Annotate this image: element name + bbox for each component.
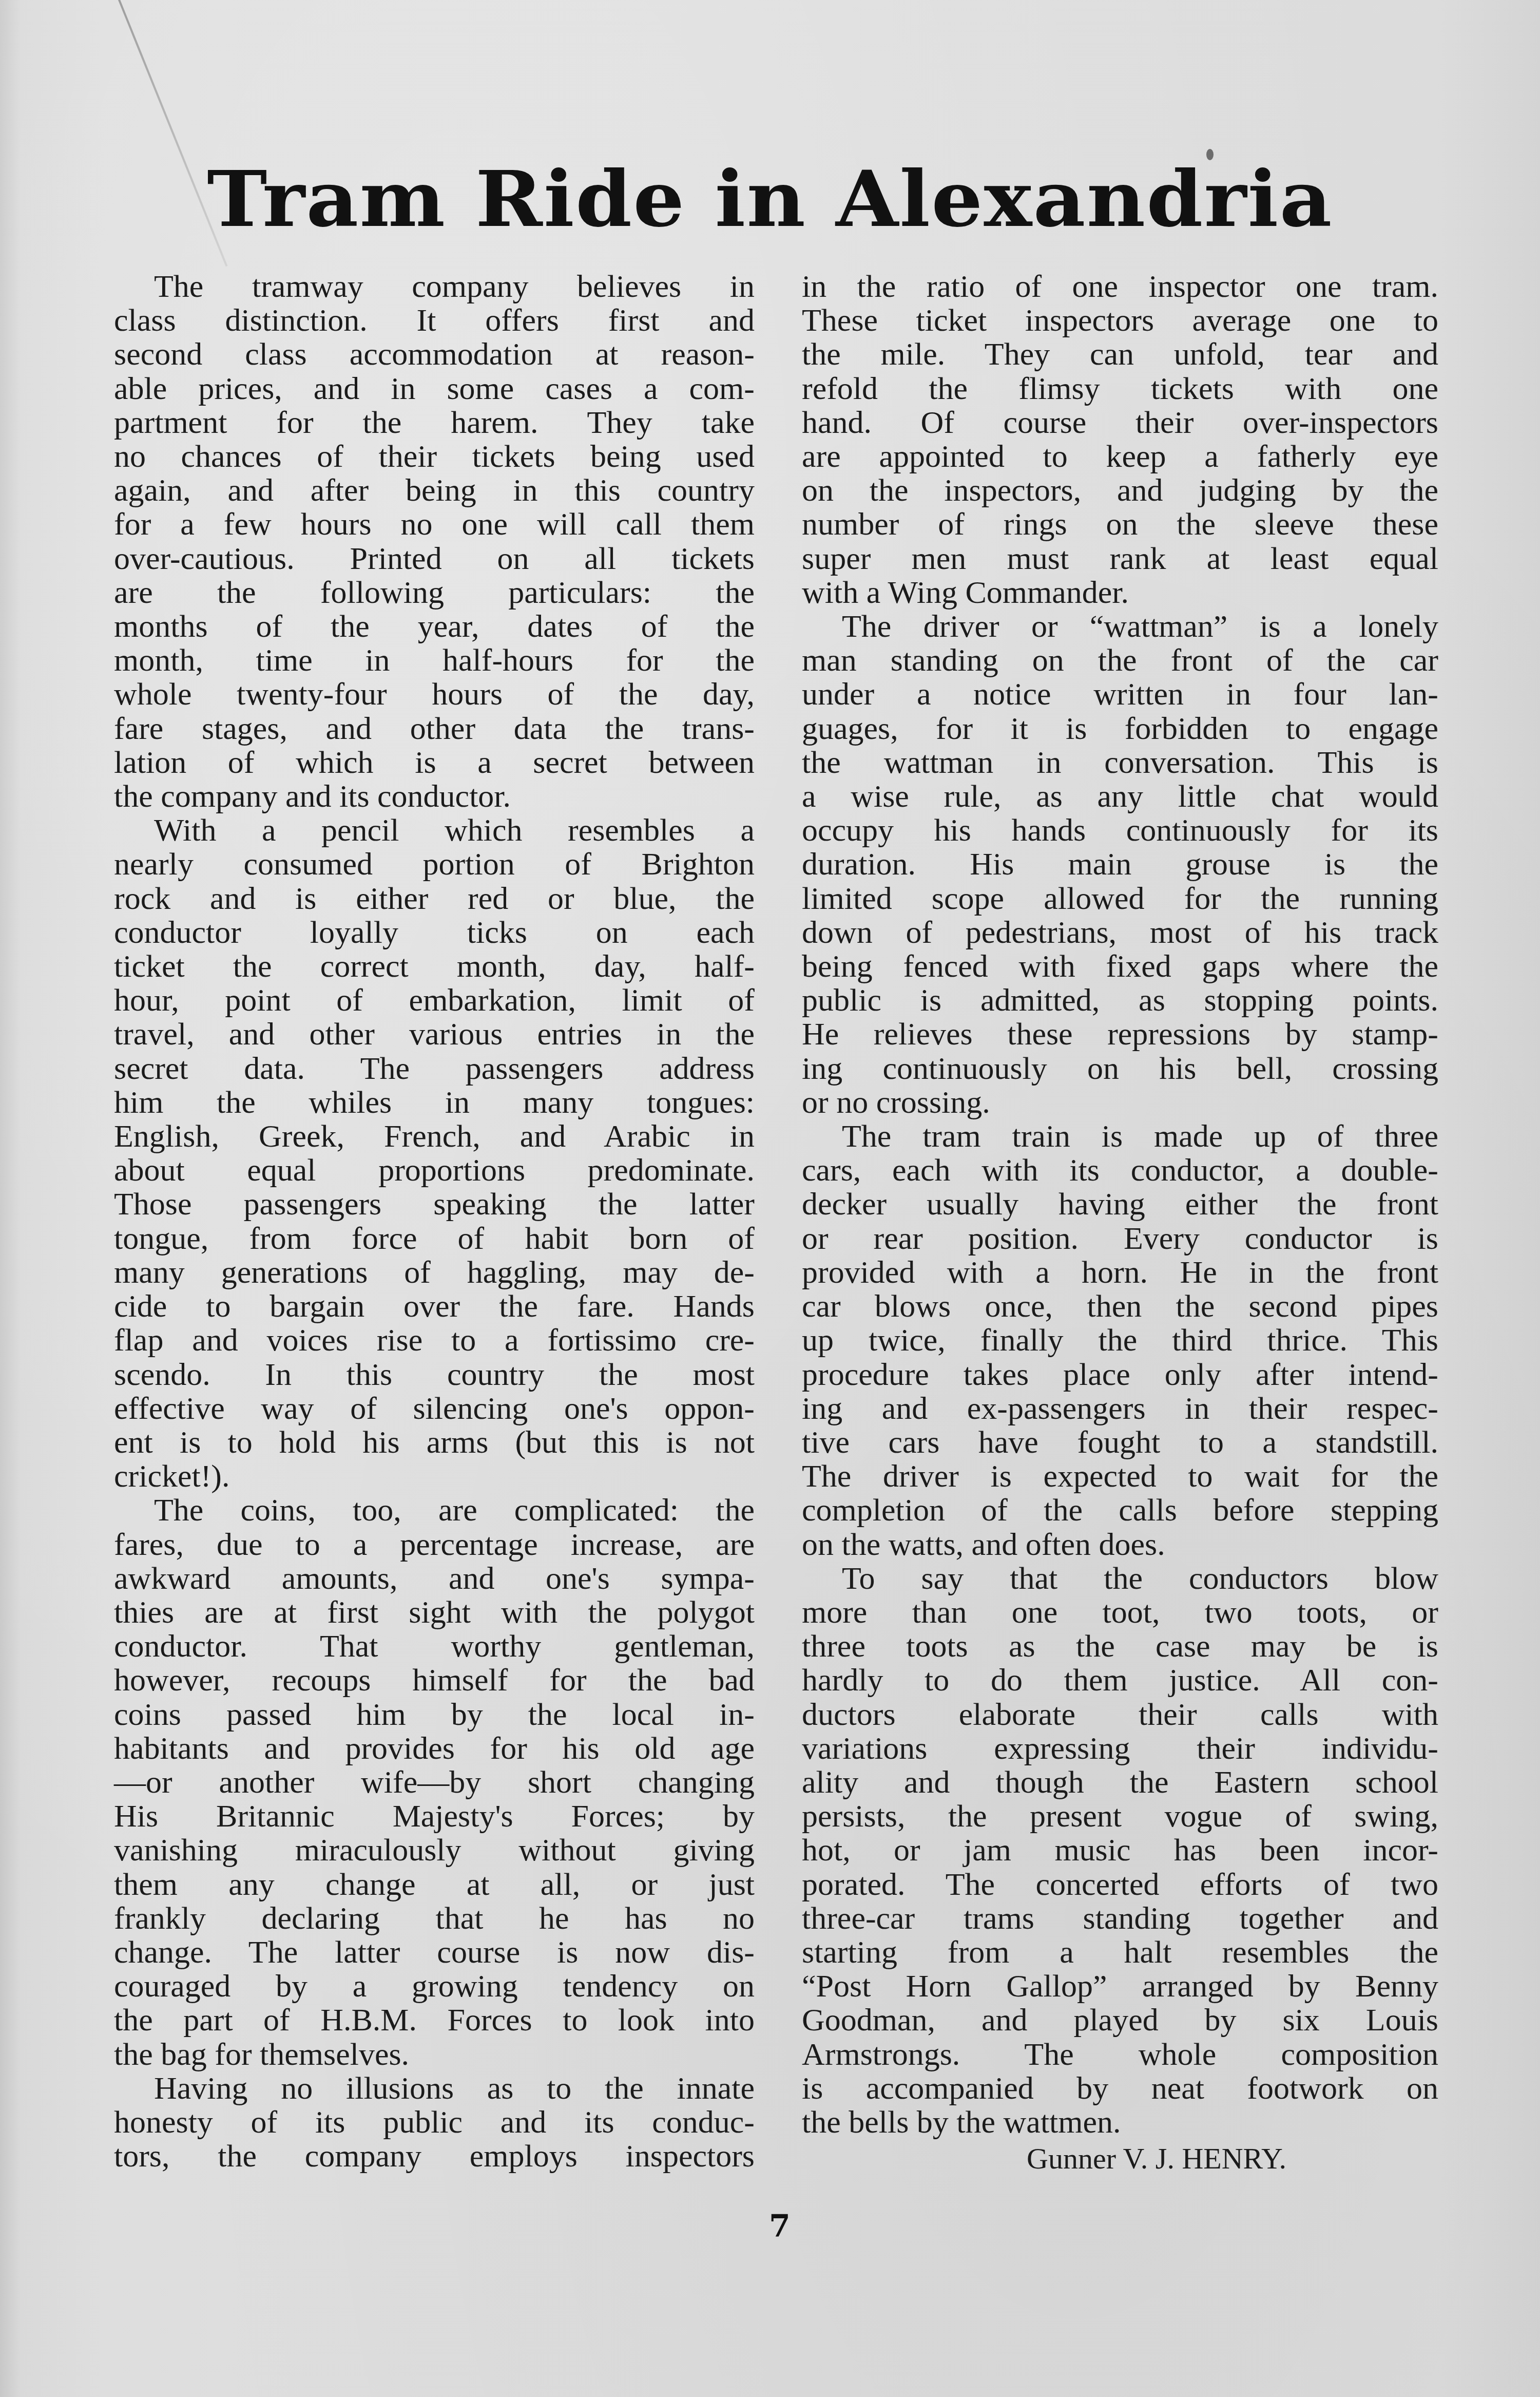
text-line: ing and ex-passengers in their respec- — [802, 1392, 1438, 1425]
text-line: many generations of haggling, may de- — [114, 1255, 755, 1289]
text-line: The tram train is made up of three — [802, 1119, 1438, 1153]
text-line: over-cautious. Printed on all tickets — [114, 542, 755, 576]
text-line: them any change at all, or just — [114, 1868, 755, 1901]
text-line: His Britannic Majesty's Forces; by — [114, 1799, 755, 1833]
text-line: about equal proportions predominate. — [114, 1153, 755, 1187]
text-line: partment for the harem. They take — [114, 406, 755, 440]
text-line: travel, and other various entries in the — [114, 1017, 755, 1051]
text-line: change. The latter course is now dis- — [114, 1935, 755, 1969]
text-line: He relieves these repressions by stamp- — [802, 1017, 1438, 1051]
text-line: the bag for themselves. — [114, 2038, 755, 2071]
text-line: frankly declaring that he has no — [114, 1901, 755, 1935]
text-line: the bells by the wattmen. — [802, 2105, 1438, 2139]
text-line: coins passed him by the local in- — [114, 1698, 755, 1732]
text-line: the part of H.B.M. Forces to look into — [114, 2003, 755, 2037]
text-line: occupy his hands continuously for its — [802, 813, 1438, 847]
text-line: fares, due to a percentage increase, are — [114, 1528, 755, 1562]
text-line: Goodman, and played by six Louis — [802, 2003, 1438, 2037]
text-line: on the watts, and often does. — [802, 1528, 1438, 1562]
text-line: —or another wife—by short changing — [114, 1765, 755, 1799]
text-line: rock and is either red or blue, the — [114, 882, 755, 916]
text-line: “Post Horn Gallop” arranged by Benny — [802, 1969, 1438, 2003]
text-line: hour, point of embarkation, limit of — [114, 983, 755, 1017]
text-line: again, and after being in this country — [114, 473, 755, 507]
text-line: ductors elaborate their calls with — [802, 1698, 1438, 1732]
text-line: scendo. In this country the most — [114, 1358, 755, 1392]
text-line: the wattman in conversation. This is — [802, 746, 1438, 779]
text-line: ing continuously on his bell, crossing — [802, 1052, 1438, 1086]
text-line: cars, each with its conductor, a double- — [802, 1153, 1438, 1187]
text-line: Having no illusions as to the innate — [114, 2071, 755, 2105]
text-line: limited scope allowed for the running — [802, 882, 1438, 916]
text-line: number of rings on the sleeve these — [802, 507, 1438, 541]
magazine-page: Tram Ride in Alexandria The tramway comp… — [0, 0, 1540, 2397]
text-line: conductor loyally ticks on each — [114, 916, 755, 949]
text-line: ent is to hold his arms (but this is not — [114, 1425, 755, 1459]
article-column-left: The tramway company believes inclass dis… — [114, 270, 755, 2173]
text-line: the mile. They can unfold, tear and — [802, 337, 1438, 371]
text-line: cricket!). — [114, 1459, 755, 1493]
text-line: effective way of silencing one's oppon- — [114, 1392, 755, 1425]
text-line: public is admitted, as stopping points. — [802, 983, 1438, 1017]
text-line: English, Greek, French, and Arabic in — [114, 1119, 755, 1153]
text-line: procedure takes place only after intend- — [802, 1358, 1438, 1392]
text-line: on the inspectors, and judging by the — [802, 473, 1438, 507]
text-line: under a notice written in four lan- — [802, 677, 1438, 711]
text-line: up twice, finally the third thrice. This — [802, 1323, 1438, 1357]
text-line: him the whiles in many tongues: — [114, 1086, 755, 1119]
text-line: conductor. That worthy gentleman, — [114, 1629, 755, 1663]
text-line: The driver is expected to wait for the — [802, 1459, 1438, 1493]
text-line: couraged by a growing tendency on — [114, 1969, 755, 2003]
text-line: The coins, too, are complicated: the — [114, 1493, 755, 1527]
text-line: being fenced with fixed gaps where the — [802, 949, 1438, 983]
text-line: are appointed to keep a fatherly eye — [802, 440, 1438, 473]
text-line: starting from a halt resembles the — [802, 1935, 1438, 1969]
author-byline: Gunner V. J. HENRY. — [1027, 2141, 1286, 2176]
text-line: a wise rule, as any little chat would — [802, 779, 1438, 813]
text-line: more than one toot, two toots, or — [802, 1595, 1438, 1629]
text-line: honesty of its public and its conduc- — [114, 2105, 755, 2139]
text-line: three toots as the case may be is — [802, 1629, 1438, 1663]
text-line: The driver or “wattman” is a lonely — [802, 610, 1438, 643]
text-line: fare stages, and other data the trans- — [114, 712, 755, 746]
text-line: refold the flimsy tickets with one — [802, 372, 1438, 406]
text-line: man standing on the front of the car — [802, 643, 1438, 677]
text-line: or no crossing. — [802, 1086, 1438, 1119]
text-line: cide to bargain over the fare. Hands — [114, 1289, 755, 1323]
text-line: habitants and provides for his old age — [114, 1732, 755, 1765]
article-column-right: in the ratio of one inspector one tram.T… — [802, 270, 1438, 2139]
text-line: or rear position. Every conductor is — [802, 1222, 1438, 1255]
text-line: Armstrongs. The whole composition — [802, 2038, 1438, 2071]
text-line: hot, or jam music has been incor- — [802, 1833, 1438, 1867]
text-line: duration. His main grouse is the — [802, 847, 1438, 881]
text-line: whole twenty-four hours of the day, — [114, 677, 755, 711]
text-line: are the following particulars: the — [114, 576, 755, 610]
text-line: nearly consumed portion of Brighton — [114, 847, 755, 881]
text-line: persists, the present vogue of swing, — [802, 1799, 1438, 1833]
text-line: lation of which is a secret between — [114, 746, 755, 779]
text-line: class distinction. It offers first and — [114, 303, 755, 337]
text-line: porated. The concerted efforts of two — [802, 1868, 1438, 1901]
text-line: able prices, and in some cases a com- — [114, 372, 755, 406]
text-line: super men must rank at least equal — [802, 542, 1438, 576]
text-line: flap and voices rise to a fortissimo cre… — [114, 1323, 755, 1357]
text-line: is accompanied by neat footwork on — [802, 2071, 1438, 2105]
text-line: hardly to do them justice. All con- — [802, 1663, 1438, 1697]
text-line: the company and its conductor. — [114, 779, 755, 813]
text-line: tors, the company employs inspectors — [114, 2139, 755, 2173]
text-line: with a Wing Commander. — [802, 576, 1438, 610]
text-line: awkward amounts, and one's sympa- — [114, 1562, 755, 1595]
text-line: thies are at first sight with the polygo… — [114, 1595, 755, 1629]
text-line: down of pedestrians, most of his track — [802, 916, 1438, 949]
text-line: variations expressing their individu- — [802, 1732, 1438, 1765]
article-title: Tram Ride in Alexandria — [0, 154, 1540, 244]
text-line: months of the year, dates of the — [114, 610, 755, 643]
text-line: With a pencil which resembles a — [114, 813, 755, 847]
text-line: vanishing miraculously without giving — [114, 1833, 755, 1867]
text-line: provided with a horn. He in the front — [802, 1255, 1438, 1289]
text-line: second class accommodation at reason- — [114, 337, 755, 371]
page-number: 7 — [769, 2208, 791, 2244]
text-line: however, recoups himself for the bad — [114, 1663, 755, 1697]
text-line: ality and though the Eastern school — [802, 1765, 1438, 1799]
text-line: in the ratio of one inspector one tram. — [802, 270, 1438, 303]
text-line: The tramway company believes in — [114, 270, 755, 303]
text-line: three-car trams standing together and — [802, 1901, 1438, 1935]
text-line: guages, for it is forbidden to engage — [802, 712, 1438, 746]
text-line: ticket the correct month, day, half- — [114, 949, 755, 983]
text-line: month, time in half-hours for the — [114, 643, 755, 677]
text-line: for a few hours no one will call them — [114, 507, 755, 541]
text-line: These ticket inspectors average one to — [802, 303, 1438, 337]
text-line: car blows once, then the second pipes — [802, 1289, 1438, 1323]
text-line: Those passengers speaking the latter — [114, 1187, 755, 1221]
text-line: tive cars have fought to a standstill. — [802, 1425, 1438, 1459]
text-line: hand. Of course their over-inspectors — [802, 406, 1438, 440]
text-line: completion of the calls before stepping — [802, 1493, 1438, 1527]
text-line: tongue, from force of habit born of — [114, 1222, 755, 1255]
text-line: no chances of their tickets being used — [114, 440, 755, 473]
text-line: secret data. The passengers address — [114, 1052, 755, 1086]
text-line: decker usually having either the front — [802, 1187, 1438, 1221]
text-line: To say that the conductors blow — [802, 1562, 1438, 1595]
